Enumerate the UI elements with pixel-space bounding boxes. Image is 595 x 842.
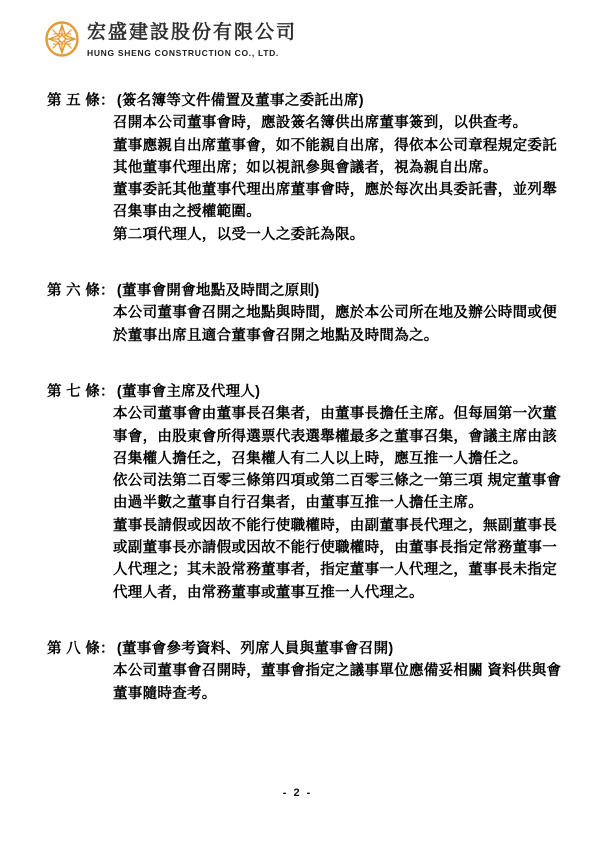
company-name-zh: 宏盛建設股份有限公司 bbox=[87, 19, 297, 45]
article-line: 其他董事代理出席；如以視訊參與會議者，視為親自出席。 bbox=[113, 157, 551, 179]
document-page: 宏盛建設股份有限公司 HUNG SHENG CONSTRUCTION CO., … bbox=[0, 0, 595, 842]
article-title: (簽名簿等文件備置及董事之委託出席) bbox=[117, 93, 364, 109]
article-line: 董事應親自出席董事會，如不能親自出席，得依本公司章程規定委託 bbox=[113, 135, 551, 157]
article-line: 本公司董事會召開之地點與時間，應於本公司所在地及辦公時間或便 bbox=[113, 302, 551, 324]
article-heading: 第 六 條：(董事會開會地點及時間之原則) bbox=[47, 280, 551, 302]
article-number: 第 七 條： bbox=[47, 384, 115, 400]
article-line: 召集權人擔任之，召集權人有二人以上時，應互推一人擔任之。 bbox=[113, 448, 551, 470]
article-line: 依公司法第二百零三條第四項或第二百零三條之一第三項 規定董事會 bbox=[113, 470, 551, 492]
company-names: 宏盛建設股份有限公司 HUNG SHENG CONSTRUCTION CO., … bbox=[87, 19, 297, 58]
article-heading: 第 七 條：(董事會主席及代理人) bbox=[47, 381, 551, 403]
company-header: 宏盛建設股份有限公司 HUNG SHENG CONSTRUCTION CO., … bbox=[44, 19, 297, 58]
article-body: 召開本公司董事會時，應設簽名簿供出席董事簽到，以供查考。 董事應親自出席董事會，… bbox=[113, 112, 551, 246]
article-body: 本公司董事會召開之地點與時間，應於本公司所在地及辦公時間或便 於董事出席且適合董… bbox=[113, 302, 551, 347]
article-line: 於董事出席且適合董事會召開之地點及時間為之。 bbox=[113, 325, 551, 347]
article-line: 召集事由之授權範圍。 bbox=[113, 201, 551, 223]
article-title: (董事會參考資料、列席人員與董事會召開) bbox=[117, 641, 394, 657]
article-line: 或副董事長亦請假或因故不能行使職權時，由董事長指定常務董事一 bbox=[113, 537, 551, 559]
document-body: 第 五 條：(簽名簿等文件備置及董事之委託出席) 召開本公司董事會時，應設簽名簿… bbox=[47, 90, 551, 705]
page-footer: - 2 - bbox=[0, 787, 595, 799]
article-number: 第 五 條： bbox=[47, 93, 115, 109]
article-line: 人代理之；其未設常務董事者，指定董事一人代理之，董事長未指定 bbox=[113, 559, 551, 581]
article-body: 本公司董事會召開時，董事會指定之議事單位應備妥相關 資料供與會 董事隨時查考。 bbox=[113, 660, 551, 705]
company-name-en: HUNG SHENG CONSTRUCTION CO., LTD. bbox=[87, 48, 297, 58]
article-line: 事會，由股東會所得選票代表選舉權最多之董事召集，會議主席由該 bbox=[113, 426, 551, 448]
article-heading: 第 五 條：(簽名簿等文件備置及董事之委託出席) bbox=[47, 90, 551, 112]
article-line: 召開本公司董事會時，應設簽名簿供出席董事簽到，以供查考。 bbox=[113, 112, 551, 134]
company-logo-icon bbox=[44, 20, 80, 58]
article-number: 第 八 條： bbox=[47, 641, 115, 657]
article-8: 第 八 條：(董事會參考資料、列席人員與董事會召開) 本公司董事會召開時，董事會… bbox=[47, 638, 551, 705]
article-heading: 第 八 條：(董事會參考資料、列席人員與董事會召開) bbox=[47, 638, 551, 660]
article-line: 第二項代理人，以受一人之委託為限。 bbox=[113, 224, 551, 246]
article-line: 由過半數之董事自行召集者，由董事互推一人擔任主席。 bbox=[113, 492, 551, 514]
article-line: 代理人者，由常務董事或董事互推一人代理之。 bbox=[113, 582, 551, 604]
article-body: 本公司董事會由董事長召集者，由董事長擔任主席。但每屆第一次董 事會，由股東會所得… bbox=[113, 403, 551, 604]
page-number: - 2 - bbox=[283, 787, 313, 799]
article-line: 本公司董事會召開時，董事會指定之議事單位應備妥相關 資料供與會 bbox=[113, 660, 551, 682]
article-line: 董事隨時查考。 bbox=[113, 683, 551, 705]
article-title: (董事會主席及代理人) bbox=[117, 384, 260, 400]
article-number: 第 六 條： bbox=[47, 283, 115, 299]
article-6: 第 六 條：(董事會開會地點及時間之原則) 本公司董事會召開之地點與時間，應於本… bbox=[47, 280, 551, 347]
article-line: 董事委託其他董事代理出席董事會時，應於每次出具委託書，並列舉 bbox=[113, 179, 551, 201]
article-7: 第 七 條：(董事會主席及代理人) 本公司董事會由董事長召集者，由董事長擔任主席… bbox=[47, 381, 551, 604]
article-title: (董事會開會地點及時間之原則) bbox=[117, 283, 320, 299]
article-line: 本公司董事會由董事長召集者，由董事長擔任主席。但每屆第一次董 bbox=[113, 403, 551, 425]
article-line: 董事長請假或因故不能行使職權時，由副董事長代理之，無副董事長 bbox=[113, 515, 551, 537]
article-5: 第 五 條：(簽名簿等文件備置及董事之委託出席) 召開本公司董事會時，應設簽名簿… bbox=[47, 90, 551, 246]
